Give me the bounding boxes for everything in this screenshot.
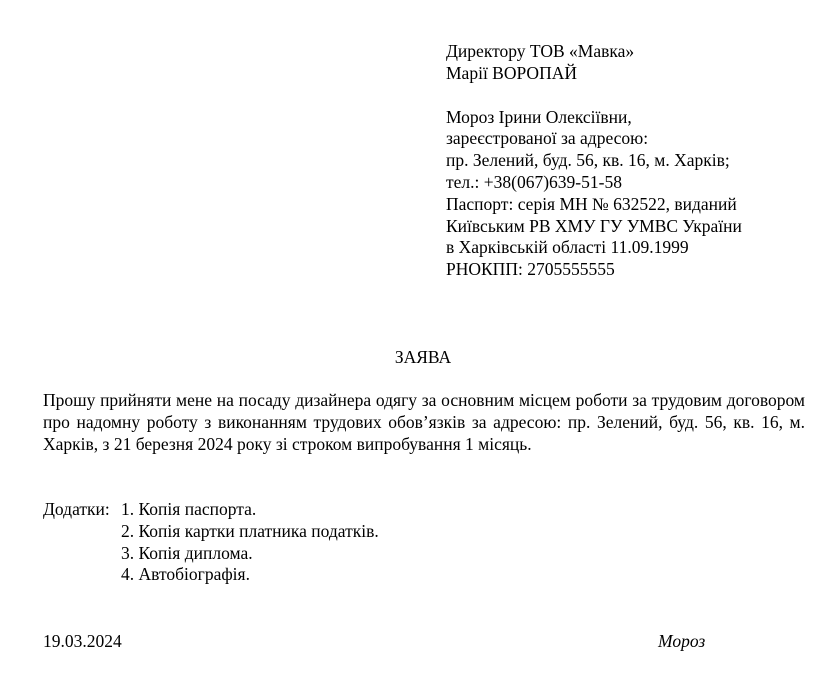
attachments-block: Додатки: 1. Копія паспорта. 2. Копія кар… [43,499,379,586]
addressee-line: Директору ТОВ «Мавка» [446,41,742,63]
addressee-line: Марії ВОРОПАЙ [446,63,742,85]
applicant-passport: Паспорт: серія МН № 632522, виданий [446,194,742,216]
spacer [446,85,742,107]
addressee-block: Директору ТОВ «Мавка» Марії ВОРОПАЙ Моро… [446,41,742,281]
document-date: 19.03.2024 [43,630,122,652]
attachment-item: 4. Автобіографія. [121,564,250,586]
attachments-label: Додатки: [43,499,121,521]
document-body: Прошу прийняти мене на посаду дизайнера … [43,390,805,455]
applicant-phone: тел.: +38(067)639-51-58 [446,172,742,194]
applicant-passport-issuer: Київським РВ ХМУ ГУ УМВС України [446,216,742,238]
applicant-tax-id: РНОКПП: 2705555555 [446,259,742,281]
applicant-line: зареєстрованої за адресою: [446,128,742,150]
attachment-item: 2. Копія картки платника податків. [121,521,379,543]
signature: Мороз [658,630,705,652]
applicant-passport-date: в Харківській області 11.09.1999 [446,237,742,259]
attachment-item: 3. Копія диплома. [121,543,253,565]
attachment-item: 1. Копія паспорта. [121,499,256,521]
document-title: ЗАЯВА [0,346,840,368]
applicant-address: пр. Зелений, буд. 56, кв. 16, м. Харків; [446,150,742,172]
applicant-name: Мороз Ірини Олексіївни, [446,107,742,129]
